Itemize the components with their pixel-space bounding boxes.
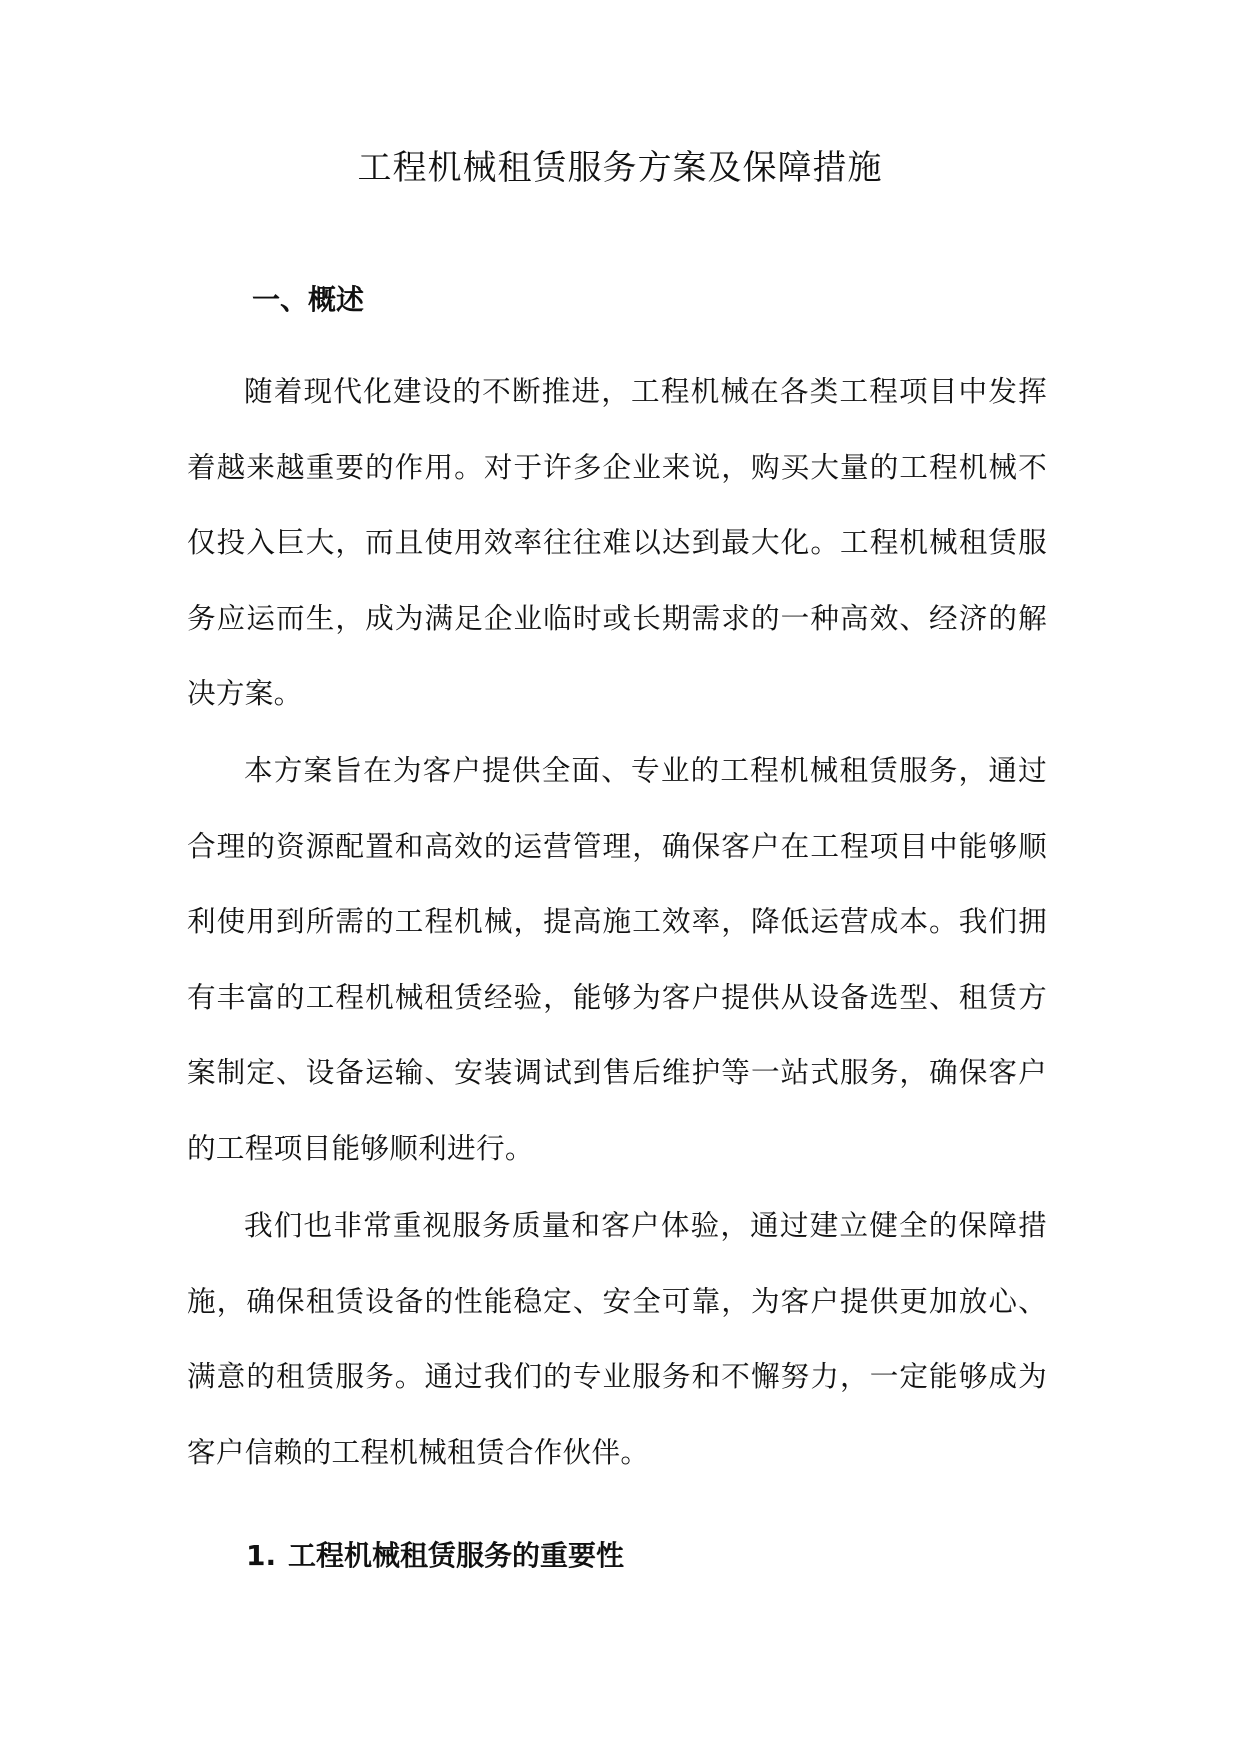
subsection-heading-importance: 1.工程机械租赁服务的重要性 — [246, 1538, 624, 1574]
section-heading-overview: 一、概述 — [252, 282, 364, 318]
overview-paragraph-3: 我们也非常重视服务质量和客户体验，通过建立健全的保障措施，确保租赁设备的性能稳定… — [187, 1188, 1047, 1490]
overview-paragraph-1: 随着现代化建设的不断推进，工程机械在各类工程项目中发挥着越来越重要的作用。对于许… — [187, 354, 1047, 732]
document-title: 工程机械租赁服务方案及保障措施 — [0, 148, 1240, 188]
subsection-title: 工程机械租赁服务的重要性 — [288, 1539, 624, 1572]
document-page: 工程机械租赁服务方案及保障措施 一、概述 随着现代化建设的不断推进，工程机械在各… — [0, 0, 1240, 1753]
overview-paragraph-2: 本方案旨在为客户提供全面、专业的工程机械租赁服务，通过合理的资源配置和高效的运营… — [187, 733, 1047, 1186]
subsection-number: 1. — [246, 1538, 288, 1574]
